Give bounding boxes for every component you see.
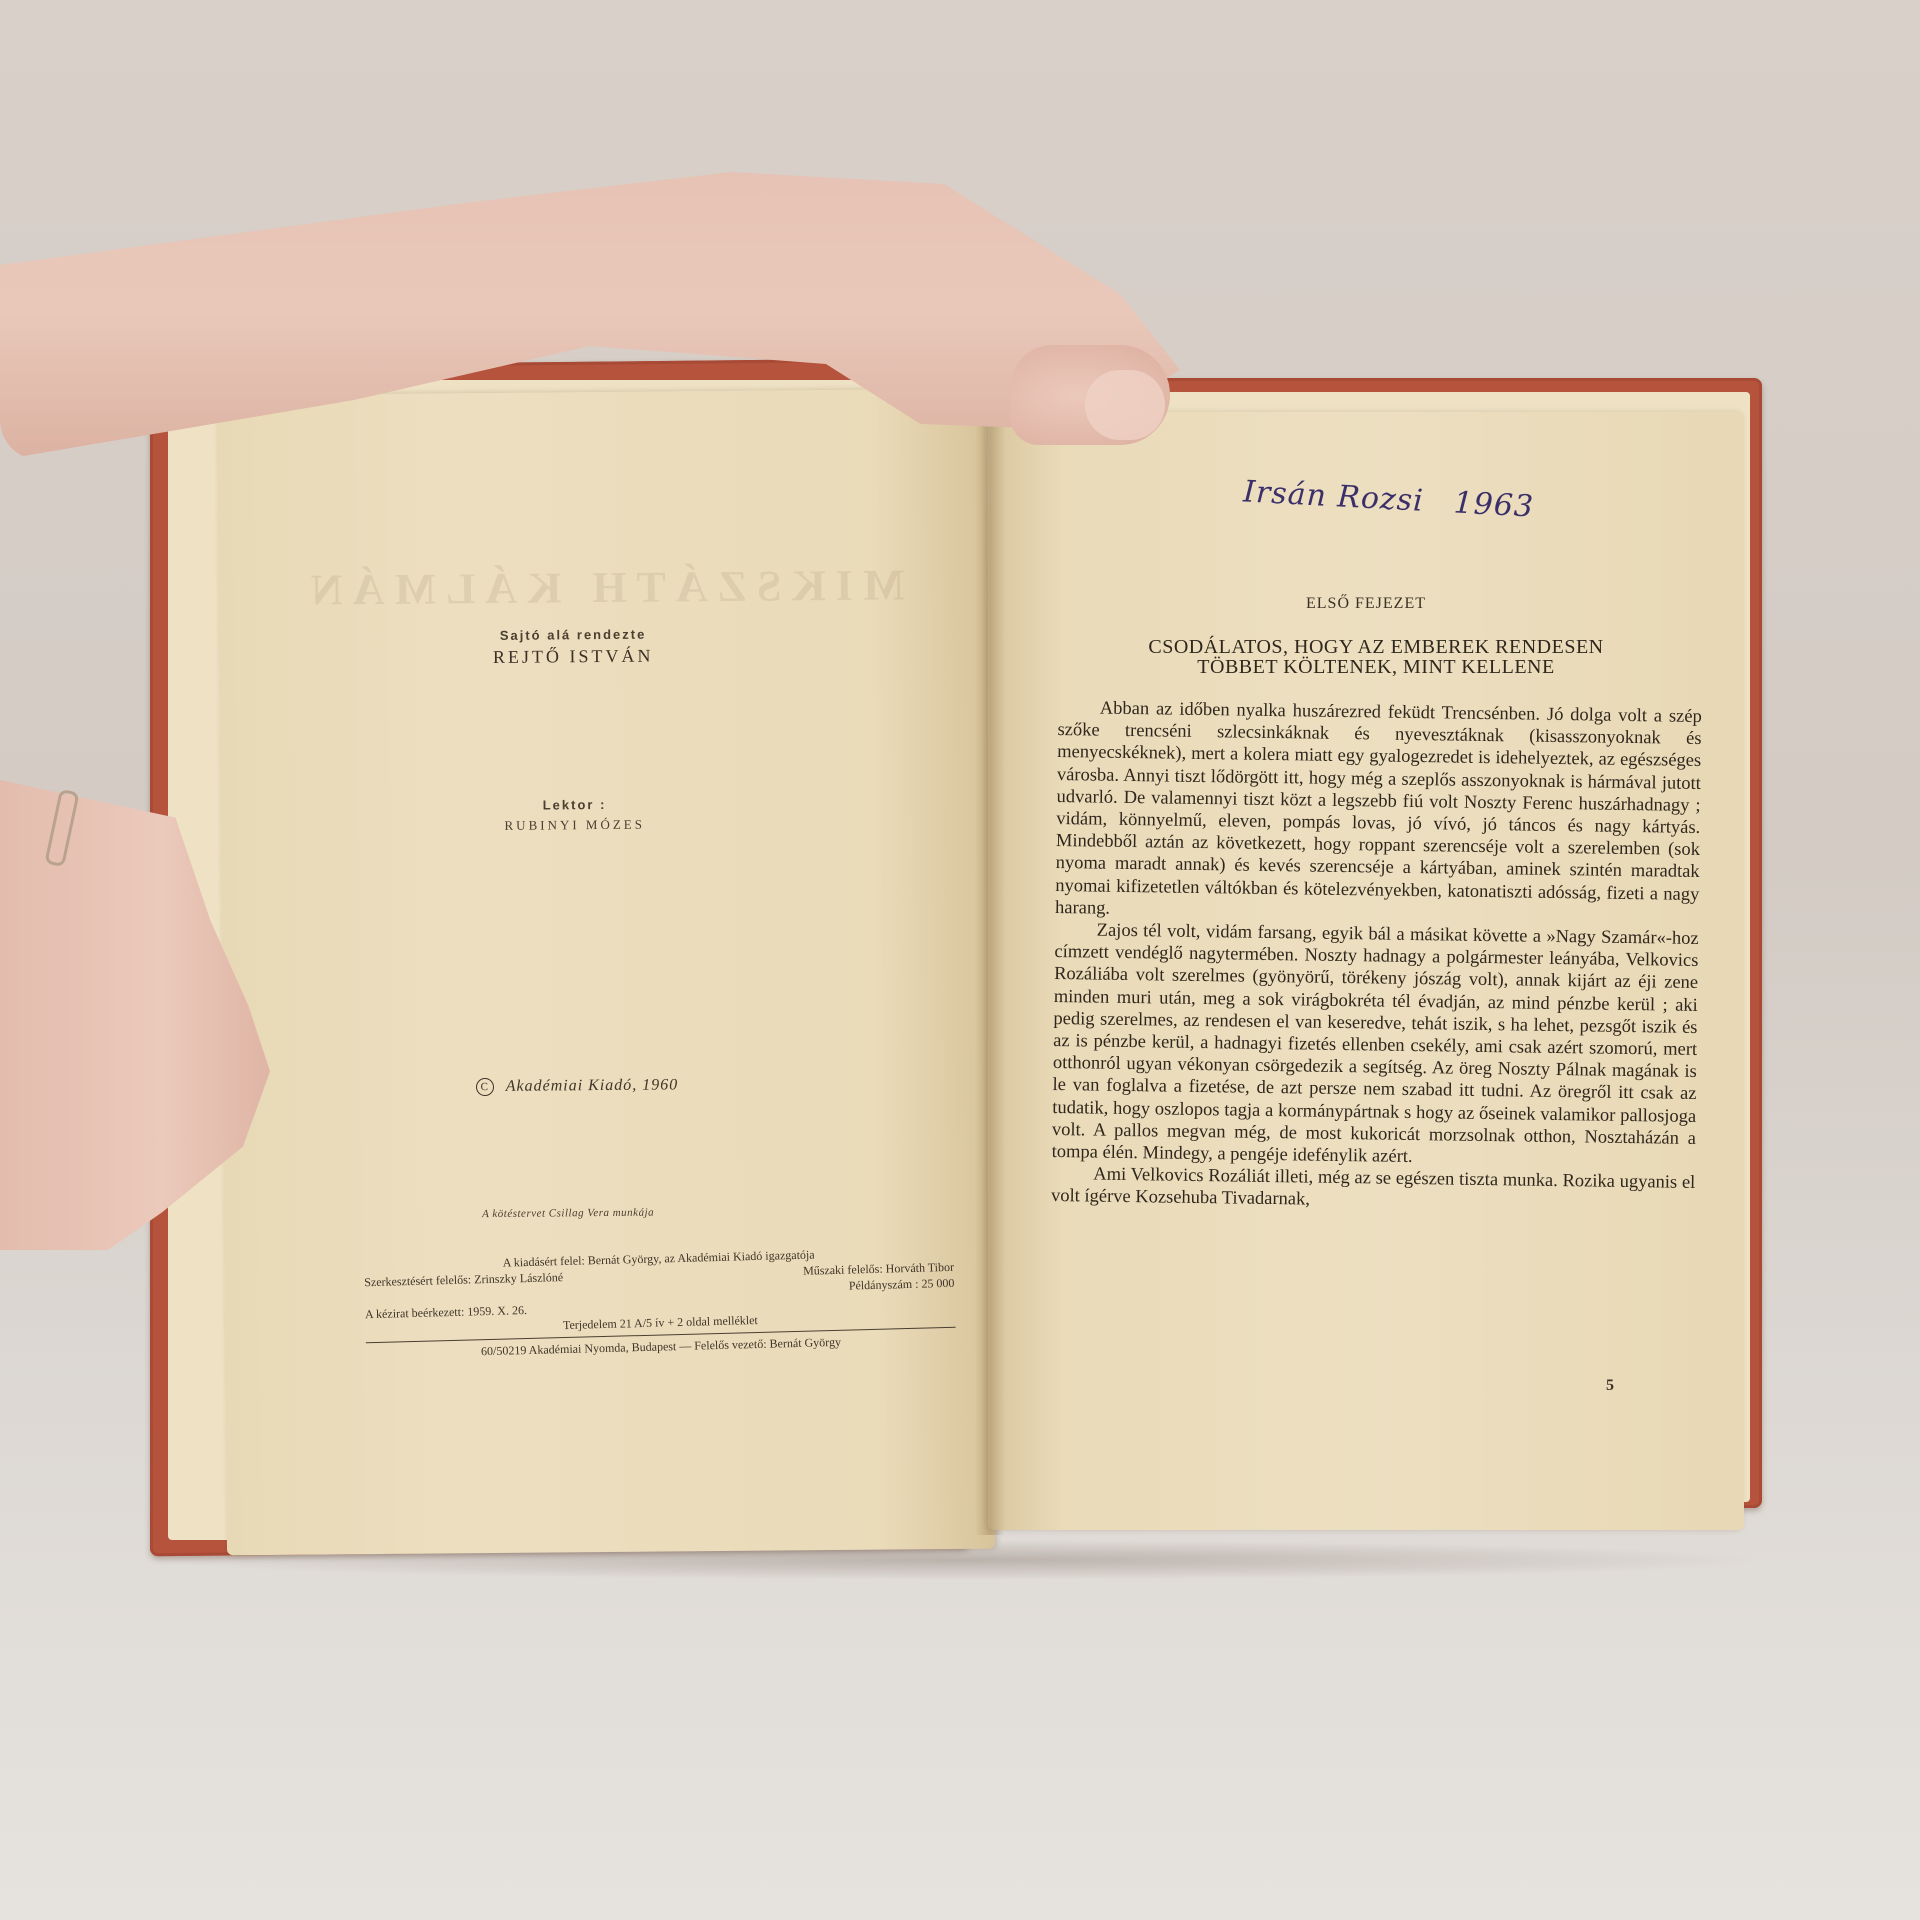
page-number: 5 bbox=[1606, 1377, 1614, 1395]
imprint-block: A kiadásért felel: Bernát György, az Aka… bbox=[364, 1244, 957, 1363]
paragraph: Zajos tél volt, vidám farsang, egyik bál… bbox=[1051, 919, 1698, 1172]
lektor-name: RUBINYI MÓZES bbox=[191, 814, 959, 837]
chapter-title-line-2: TÖBBET KÖLTENEK, MINT KELLENE bbox=[1048, 657, 1704, 677]
editor-name: REJTŐ ISTVÁN bbox=[189, 643, 957, 671]
left-page: MIKSZÁTH KÁLMÁN Sajtó alá rendezte REJTŐ… bbox=[217, 389, 995, 1556]
chapter-title-line-1: CSODÁLATOS, HOGY AZ EMBEREK RENDESEN bbox=[1048, 637, 1704, 657]
show-through-title: MIKSZÁTH KÁLMÁN bbox=[218, 559, 986, 617]
paragraph: Ami Velkovics Rozáliát illeti, még az se… bbox=[1051, 1163, 1696, 1216]
thumbnail-highlight bbox=[1085, 370, 1165, 440]
lektor-label: Lektor : bbox=[190, 794, 958, 816]
book-gutter bbox=[975, 395, 1005, 1535]
handwritten-inscription: Irsán Rozsi1963 bbox=[1242, 474, 1535, 524]
chapter-label: ELSŐ FEJEZET bbox=[988, 595, 1744, 613]
cover-design-credit: A kötéstervet Csillag Vera munkája bbox=[184, 1204, 952, 1223]
imprint-print-run: Példányszám : 25 000 bbox=[849, 1276, 955, 1294]
inscription-year: 1963 bbox=[1453, 485, 1535, 524]
chapter-body: Abban az időben nyalka huszárezred feküd… bbox=[1051, 697, 1702, 1217]
copyright-line: CAkadémiai Kiadó, 1960 bbox=[193, 1074, 961, 1099]
chapter-title: CSODÁLATOS, HOGY AZ EMBEREK RENDESEN TÖB… bbox=[1048, 637, 1704, 677]
editor-label: Sajtó alá rendezte bbox=[189, 624, 957, 646]
copyright-icon: C bbox=[476, 1078, 494, 1096]
inscription-name: Irsán Rozsi bbox=[1242, 474, 1424, 518]
photo-scene: MIKSZÁTH KÁLMÁN Sajtó alá rendezte REJTŐ… bbox=[0, 0, 1920, 1920]
copyright-text: Akadémiai Kiadó, 1960 bbox=[506, 1076, 679, 1095]
paragraph: Abban az időben nyalka huszárezred feküd… bbox=[1055, 697, 1702, 928]
right-page: Irsán Rozsi1963 ELSŐ FEJEZET CSODÁLATOS,… bbox=[988, 412, 1744, 1530]
